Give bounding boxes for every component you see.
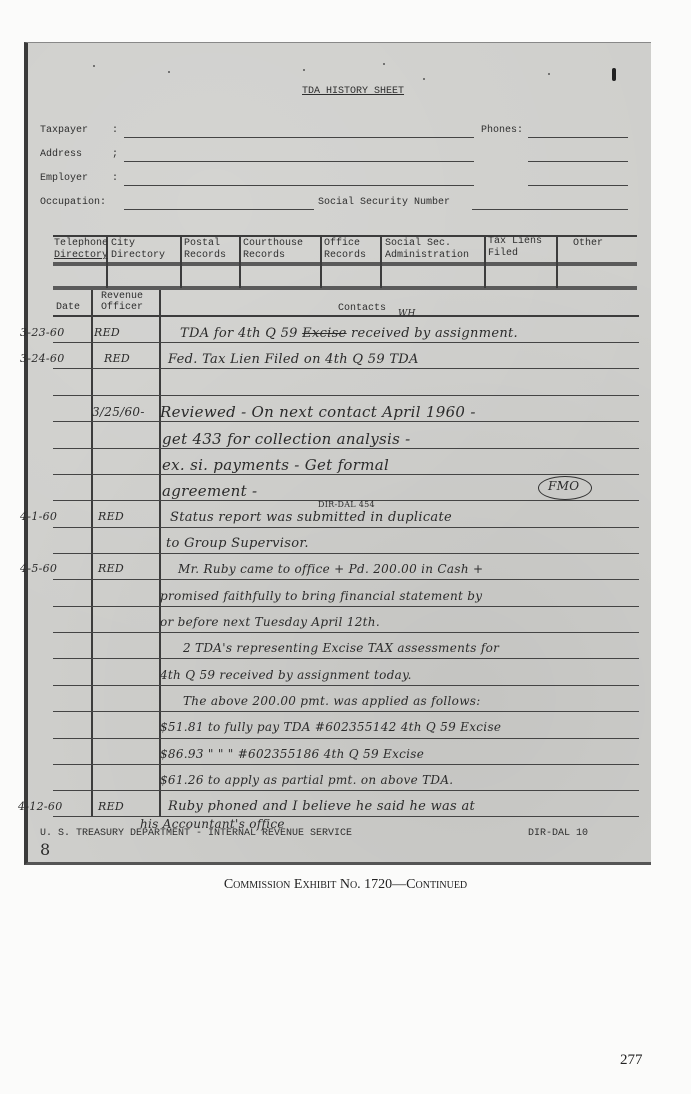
phones-field-2: [528, 161, 628, 162]
entry-contact: to Group Supervisor.: [166, 536, 309, 551]
address-field: [124, 161, 474, 162]
contacts-rule: [53, 685, 639, 686]
contacts-rule: [53, 474, 639, 475]
contacts-rule: [53, 764, 639, 765]
entry-date: 3/25/60-: [92, 405, 145, 419]
speck: [93, 65, 95, 67]
entry-date: 3-24-60: [20, 352, 65, 365]
contacts-header-officer-1: Revenue: [101, 291, 143, 302]
entry-date: 4-5-60: [20, 562, 57, 575]
sources-table-bottom-rule: [53, 286, 637, 290]
source-header-other: Other: [573, 238, 603, 250]
entry-contact: Reviewed - On next contact April 1960 -: [160, 403, 476, 421]
sources-col-divider: [180, 235, 182, 288]
phones-label: Phones:: [481, 125, 523, 136]
header-line: Telephone: [54, 238, 108, 250]
entry-date: 3-23-60: [20, 326, 65, 339]
entry-officer: RED: [98, 800, 124, 813]
header-line: City: [111, 238, 165, 250]
contacts-rule: [53, 579, 639, 580]
contacts-rule: [53, 342, 639, 343]
ssn-field: [472, 209, 628, 210]
contacts-header-date: Date: [56, 302, 80, 313]
entry-contact: Status report was submitted in duplicate: [170, 510, 452, 525]
occupation-field: [124, 209, 314, 210]
header-line: Records: [243, 250, 303, 262]
page-number: 277: [620, 1052, 643, 1069]
source-header-ssa: Social Sec. Administration: [385, 238, 469, 262]
entry-officer: RED: [104, 352, 130, 365]
taxpayer-label: Taxpayer: [40, 125, 88, 136]
contacts-rule: [53, 421, 639, 422]
source-header-tax-liens: Tax Liens Filed: [488, 236, 542, 260]
speck: [548, 73, 550, 75]
contacts-rule: [53, 790, 639, 791]
entry-annotation: DIR-DAL 454: [318, 500, 375, 509]
speck: [168, 71, 170, 73]
contacts-rule: [53, 658, 639, 659]
phones-field-3: [528, 185, 628, 186]
contacts-rule: [53, 606, 639, 607]
exhibit-caption: Commission Exhibit No. 1720—Continued: [0, 877, 691, 893]
occupation-label: Occupation:: [40, 197, 106, 208]
entry-contact: $61.26 to apply as partial pmt. on above…: [160, 773, 453, 787]
scanned-form-photo: TDA HISTORY SHEET Taxpayer : Phones: Add…: [24, 42, 651, 865]
entry-contact: 2 TDA's representing Excise TAX assessme…: [183, 641, 499, 655]
contacts-header-officer-2: Officer: [101, 302, 143, 313]
speck: [423, 78, 425, 80]
entry-contact: promised faithfully to bring financial s…: [160, 589, 482, 603]
contacts-header-contacts: Contacts: [338, 303, 386, 314]
header-line: Directory: [54, 250, 108, 262]
entry-contact: get 433 for collection analysis -: [162, 430, 411, 448]
sources-col-divider: [380, 235, 382, 288]
entry-contact: $51.81 to fully pay TDA #602355142 4th Q…: [160, 720, 501, 734]
header-line: Records: [324, 250, 366, 262]
footer-form-number: DIR-DAL 10: [528, 828, 588, 839]
entry-contact: agreement -: [162, 482, 257, 500]
entry-contact: Mr. Ruby came to office + Pd. 200.00 in …: [178, 562, 483, 576]
phones-field-1: [528, 137, 628, 138]
entry-struck-text: Excise: [302, 326, 346, 341]
entry-annotation: WH: [398, 309, 416, 319]
entry-text: received by assignment.: [351, 326, 518, 341]
header-line: Filed: [488, 248, 542, 260]
sources-table-header-rule: [53, 262, 637, 266]
contacts-rule: [53, 738, 639, 739]
address-colon: ;: [112, 149, 118, 160]
contacts-rule: [53, 448, 639, 449]
header-line: Office: [324, 238, 366, 250]
source-header-city: City Directory: [111, 238, 165, 262]
footer-mark: 8: [40, 840, 50, 859]
contacts-rule: [53, 315, 639, 317]
sources-col-divider: [320, 235, 322, 288]
source-header-office: Office Records: [324, 238, 366, 262]
taxpayer-colon: :: [112, 125, 118, 136]
form-title: TDA HISTORY SHEET: [302, 86, 404, 97]
header-line: Administration: [385, 250, 469, 262]
entry-contact: Ruby phoned and I believe he said he was…: [168, 799, 475, 814]
entry-date: 4-12-60: [18, 800, 63, 813]
entry-officer: RED: [98, 562, 124, 575]
sources-col-divider: [556, 235, 558, 288]
header-line: Directory: [111, 250, 165, 262]
source-header-postal: Postal Records: [184, 238, 226, 262]
entry-text: TDA for 4th Q 59: [180, 326, 298, 341]
entry-contact: ex. si. payments - Get formal: [162, 456, 389, 474]
header-line: Tax Liens: [488, 236, 542, 248]
employer-field: [124, 185, 474, 186]
entry-date: 4-1-60: [20, 510, 57, 523]
entry-contact: Fed. Tax Lien Filed on 4th Q 59 TDA: [168, 352, 419, 367]
speck: [303, 69, 305, 71]
entry-contact: $86.93 " " " #602355186 4th Q 59 Excise: [160, 747, 424, 761]
employer-colon: :: [112, 173, 118, 184]
header-line: Courthouse: [243, 238, 303, 250]
contacts-rule: [53, 632, 639, 633]
ink-blot: [612, 68, 616, 81]
header-line: Postal: [184, 238, 226, 250]
taxpayer-field: [124, 137, 474, 138]
speck: [383, 63, 385, 65]
source-header-telephone: Telephone Directory: [54, 238, 108, 262]
sources-table-top-rule: [53, 235, 637, 237]
employer-label: Employer: [40, 173, 88, 184]
footer-agency: U. S. TREASURY DEPARTMENT - INTERNAL REV…: [40, 828, 352, 839]
header-line: Other: [573, 238, 603, 250]
address-label: Address: [40, 149, 82, 160]
entry-contact: TDA for 4th Q 59 Excise received by assi…: [180, 326, 518, 341]
entry-officer: RED: [98, 510, 124, 523]
entry-officer: RED: [94, 326, 120, 339]
sources-col-divider: [484, 235, 486, 288]
contacts-rule: [53, 527, 639, 528]
source-header-courthouse: Courthouse Records: [243, 238, 303, 262]
entry-contact: or before next Tuesday April 12th.: [160, 615, 380, 629]
contacts-rule: [53, 711, 639, 712]
sources-col-divider: [239, 235, 241, 288]
contacts-rule: [53, 368, 639, 369]
contacts-rule: [53, 395, 639, 396]
header-line: Records: [184, 250, 226, 262]
header-line: Social Sec.: [385, 238, 469, 250]
entry-initials: FMO: [548, 479, 579, 493]
ssn-label: Social Security Number: [318, 197, 450, 208]
contacts-rule: [53, 553, 639, 554]
entry-contact: The above 200.00 pmt. was applied as fol…: [183, 694, 481, 708]
entry-contact: 4th Q 59 received by assignment today.: [160, 668, 412, 682]
